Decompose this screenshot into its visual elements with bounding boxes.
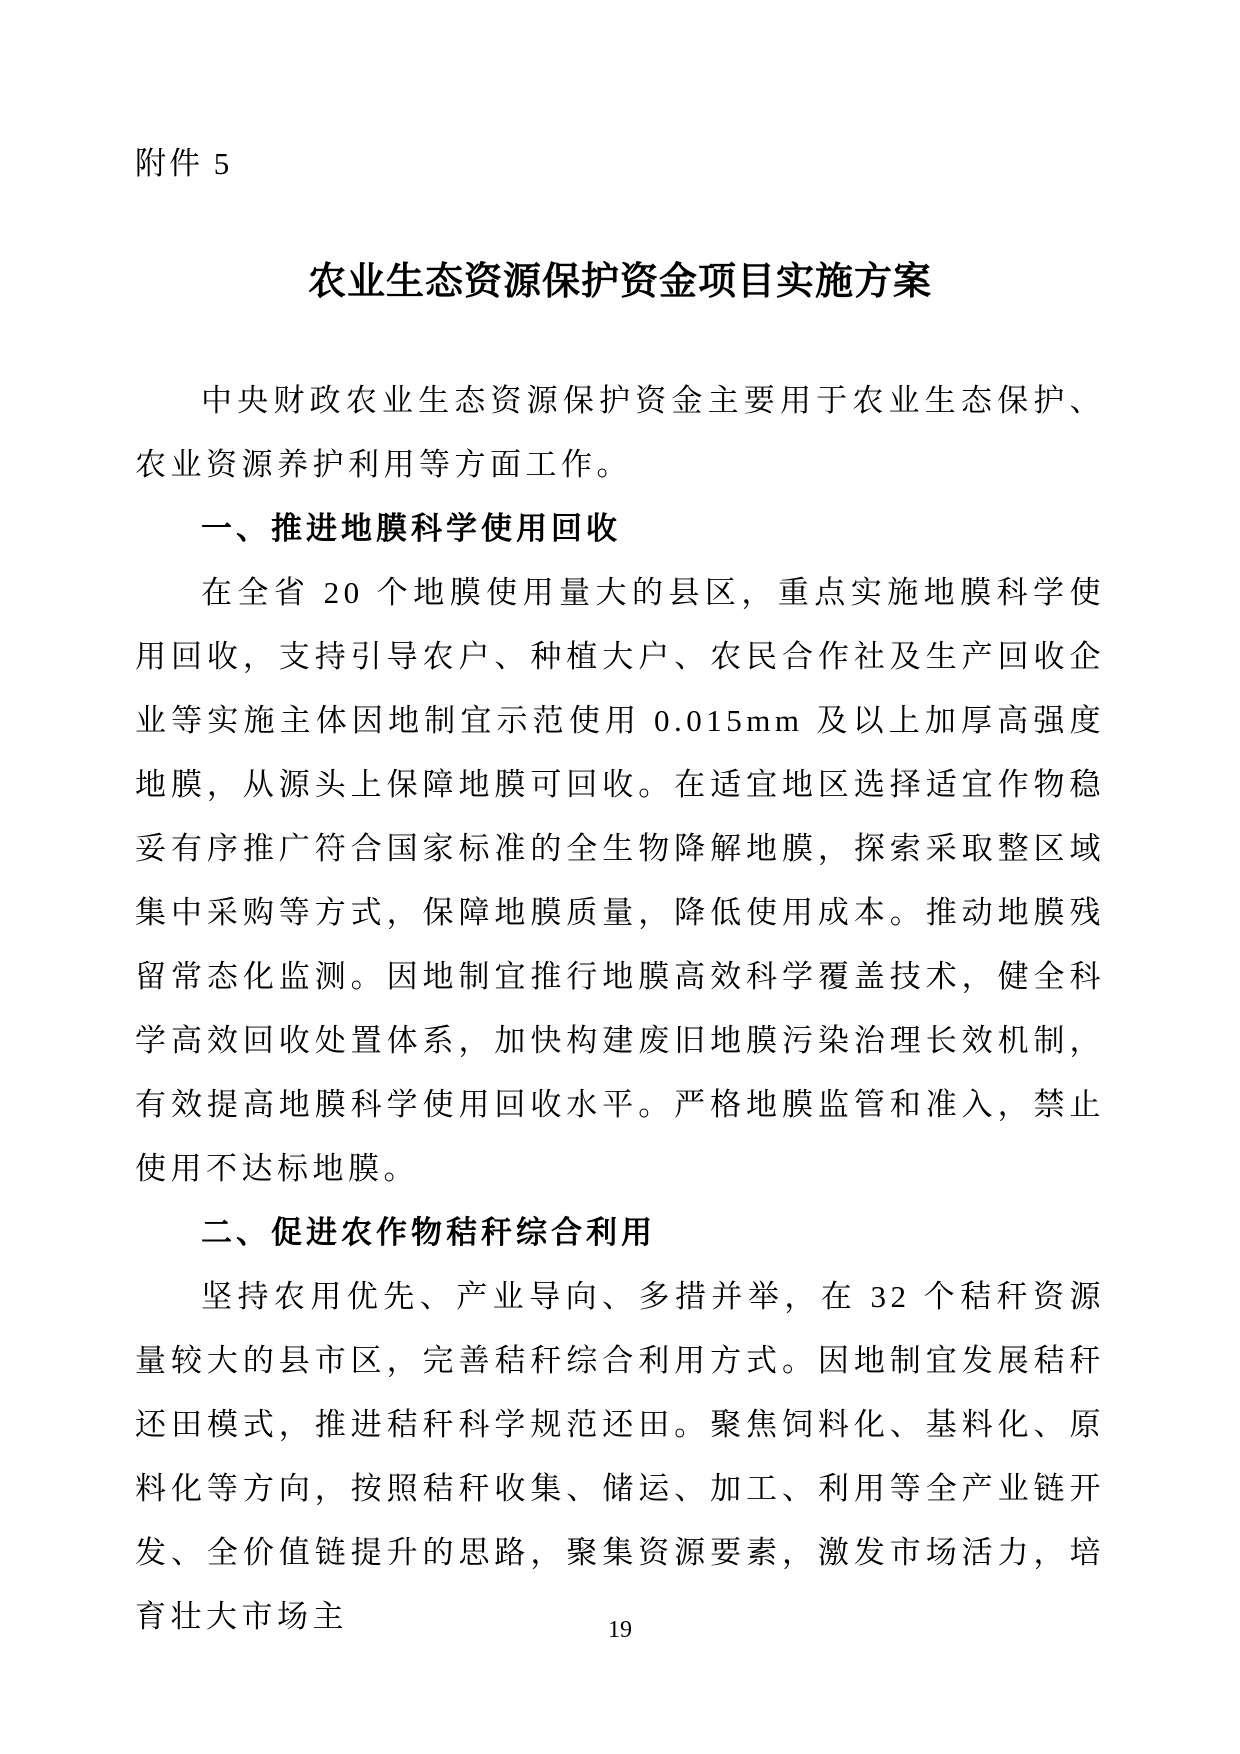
intro-paragraph: 中央财政农业生态资源保护资金主要用于农业生态保护、农业资源养护利用等方面工作。 (135, 369, 1105, 497)
section-1-paragraph: 在全省 20 个地膜使用量大的县区，重点实施地膜科学使用回收，支持引导农户、种植… (135, 561, 1105, 1201)
section-2-heading: 二、促进农作物秸秆综合利用 (135, 1201, 1105, 1265)
document-title: 农业生态资源保护资金项目实施方案 (135, 259, 1105, 305)
section-1-heading: 一、推进地膜科学使用回收 (135, 497, 1105, 561)
section-2-paragraph: 坚持农用优先、产业导向、多措并举，在 32 个秸秆资源量较大的县市区，完善秸秆综… (135, 1265, 1105, 1649)
page-number: 19 (0, 1615, 1240, 1645)
attachment-label: 附件 5 (135, 143, 1105, 185)
document-page: 附件 5 农业生态资源保护资金项目实施方案 中央财政农业生态资源保护资金主要用于… (0, 0, 1240, 1754)
